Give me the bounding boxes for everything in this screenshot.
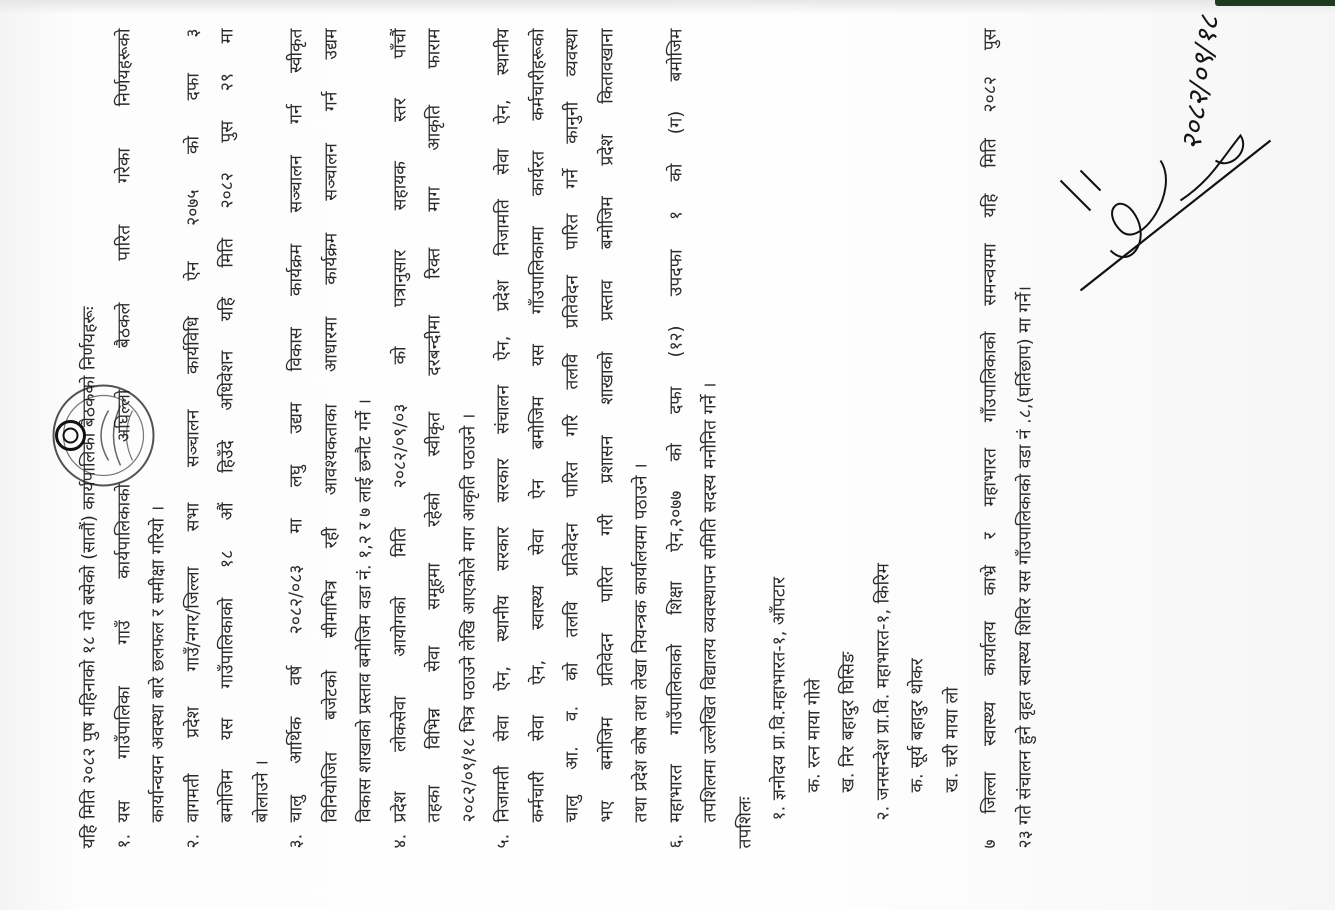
closing-line: ७ जिल्ला स्वास्थ्य कार्यालय काभ्रे र महा… [973, 28, 1008, 848]
decision-line: बमोजिम यस गाउँपालिकाको १८ औं हिउँदे अधिव… [210, 28, 245, 822]
schedule-school: १. ज्ञनोदय प्रा.वि.महाभारत-१, आँपटार [762, 28, 797, 848]
decision-line: महाभारत गाउँपालिकाको शिक्षा ऐन,२०७७ को द… [659, 28, 694, 822]
decision-number: ४. [383, 822, 487, 848]
decision-line: प्रदेश लोकसेवा आयोगको मिति २०८२/०९/०३ को… [383, 28, 418, 822]
decision-number: ५. [486, 822, 659, 848]
decision-item: ५.निजामती सेवा ऐन, स्थानीय सरकार सरकार स… [486, 28, 659, 848]
schedule-member: क. रत्न माया गोले [797, 28, 832, 848]
decision-line: चालु आर्थिक वर्ष २०८२/०८३ मा लघु उद्यम व… [279, 28, 314, 822]
schedule-list: १. ज्ञनोदय प्रा.वि.महाभारत-१, आँपटारक. र… [762, 28, 969, 848]
schedule-school: २. जनसन्देश प्रा.वि. महाभारत-१, किरिम [866, 28, 901, 848]
schedule-member: क. सूर्य बहादुर थोकर [900, 28, 935, 848]
decision-line: २०८२/०९/१८ भित्र पठाउने लेखि आएकोले माग … [452, 28, 487, 822]
decision-item: २.वागमती प्रदेश गाउँ/नगर/जिल्ला सभा सञ्च… [176, 28, 280, 848]
document-body: यहि मिति २०८२ पुष महिनाको १८ गते बसेको (… [72, 28, 1042, 848]
closing-paragraph: ७ जिल्ला स्वास्थ्य कार्यालय काभ्रे र महा… [973, 28, 1042, 848]
signature [1040, 10, 1300, 310]
official-stamp [48, 380, 158, 490]
decision-line: चालु आ. व. को तलवि प्रतिवेदन पारित गरि त… [555, 28, 590, 822]
decision-number: १. [107, 822, 176, 848]
decision-number: २. [176, 822, 280, 848]
decision-line: तथा प्रदेश कोष तथा लेखा नियन्त्रक कार्या… [624, 28, 659, 822]
stamp-emblem-icon [48, 380, 158, 490]
decision-item: ४.प्रदेश लोकसेवा आयोगको मिति २०८२/०९/०३ … [383, 28, 487, 848]
decision-item: ६.महाभारत गाउँपालिकाको शिक्षा ऐन,२०७७ को… [659, 28, 728, 848]
decision-number: ६. [659, 822, 728, 848]
decision-line: निजामती सेवा ऐन, स्थानीय सरकार सरकार संच… [486, 28, 521, 822]
decision-line: विकास शाखाको प्रस्ताव बमोजिम वडा नं. १,२… [348, 28, 383, 822]
schedule-member: ख. चरी माया लो [935, 28, 970, 848]
decision-line: तहका विभिन्न सेवा समूहमा रहेको स्वीकृत द… [417, 28, 452, 822]
decision-line: बोलाउने । [245, 28, 280, 822]
decision-line: तपशिलमा उल्लेखित विद्यालय व्यवस्थापन समि… [693, 28, 728, 822]
decision-list: १.यस गाउँपालिका गाउँ कार्यपालिकाको अघिल्… [107, 28, 728, 848]
closing-line: २३ गते संचालन हुने वृहत स्वास्थ्य शिविर … [1008, 28, 1043, 848]
scanned-document-viewport: यहि मिति २०८२ पुष महिनाको १८ गते बसेको (… [0, 0, 1335, 910]
schedule-member: ख. निर बहादुर घिसिङ [831, 28, 866, 848]
decision-line: कर्मचारी सेवा ऐन, स्वास्थ्य सेवा ऐन बमोज… [521, 28, 556, 822]
document-page: यहि मिति २०८२ पुष महिनाको १८ गते बसेको (… [0, 0, 1335, 910]
signature-scribble-icon [1040, 10, 1300, 310]
schedule-heading: तपशिलः [728, 28, 763, 848]
decision-line: विनियोजित बजेटको सीमाभित्र रही आवश्यकताक… [314, 28, 349, 822]
decision-number: ३. [279, 822, 383, 848]
decision-item: ३.चालु आर्थिक वर्ष २०८२/०८३ मा लघु उद्यम… [279, 28, 383, 848]
decision-line: वागमती प्रदेश गाउँ/नगर/जिल्ला सभा सञ्चाल… [176, 28, 211, 822]
decision-line: भए बमोजिम प्रतिवेदन पारित गरी प्रशासन शा… [590, 28, 625, 822]
